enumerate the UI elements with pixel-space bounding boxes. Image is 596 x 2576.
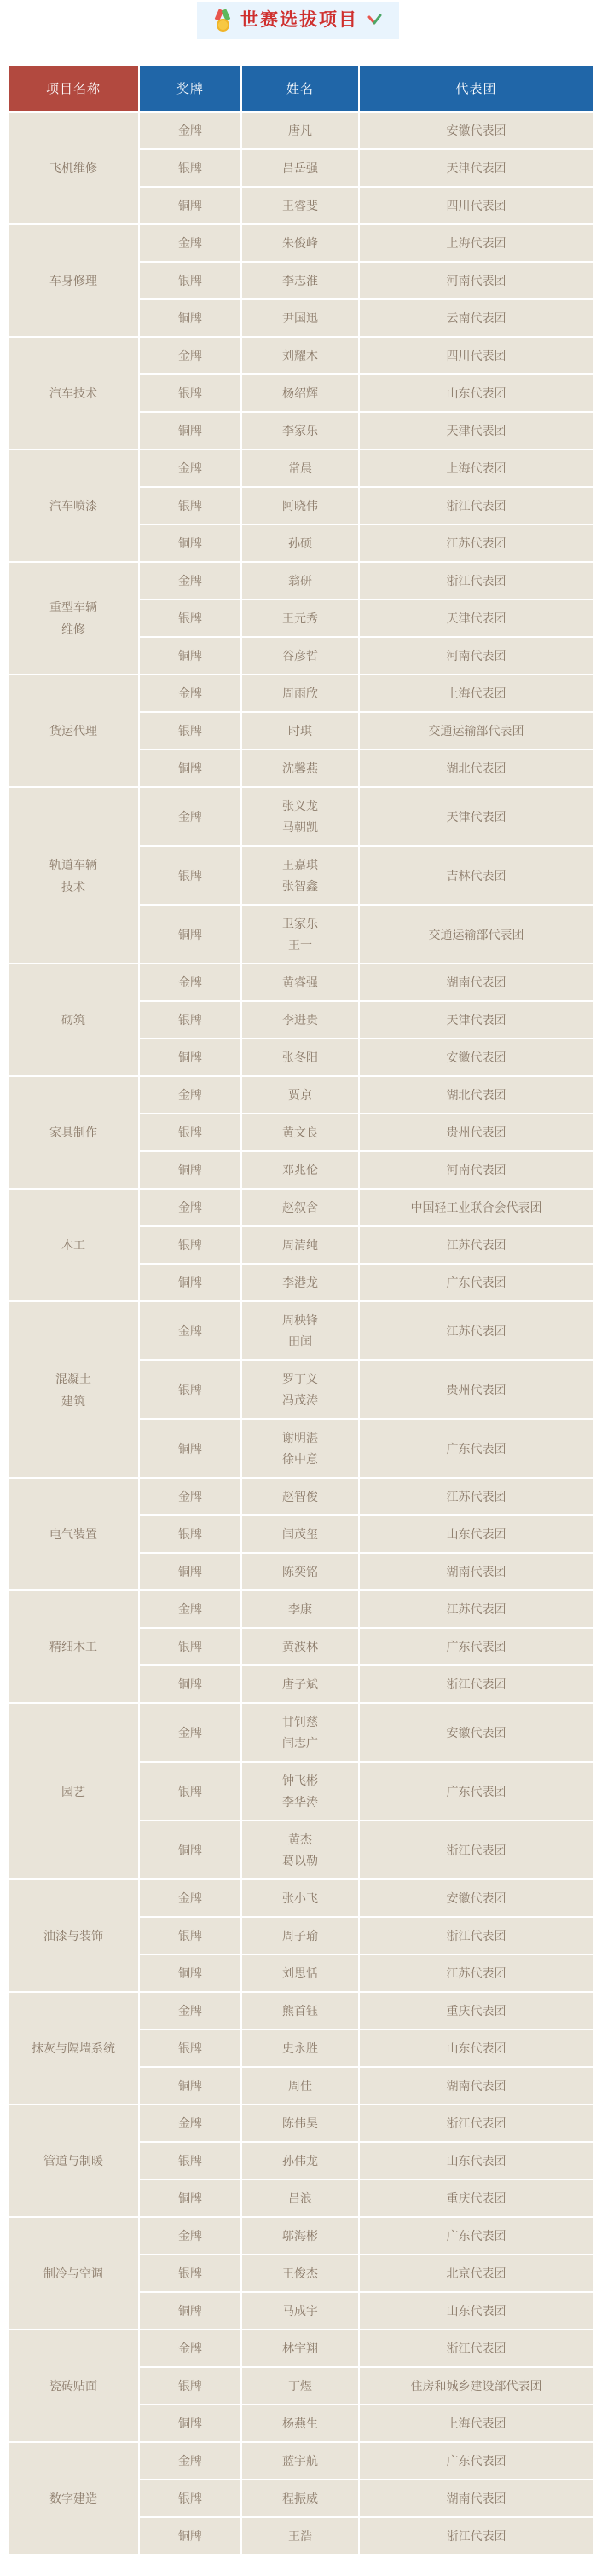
- name-cell: 赵叙含: [242, 1190, 358, 1225]
- medal-cell: 铜牌: [140, 2518, 240, 2554]
- delegation-cell: 湖南代表团: [360, 2480, 593, 2516]
- project-name-cell: 汽车喷漆: [9, 450, 138, 561]
- project-name-cell: 车身修理: [9, 225, 138, 336]
- delegation-cell: 山东代表团: [360, 375, 593, 411]
- name-cell: 黄波林: [242, 1629, 358, 1664]
- name-cell: 李港龙: [242, 1265, 358, 1300]
- table-row: 车身修理金牌朱俊峰上海代表团: [9, 225, 593, 261]
- delegation-cell: 安徽代表团: [360, 1704, 593, 1761]
- medal-cell: 铜牌: [140, 2068, 240, 2104]
- project-name-cell: 重型车辆维修: [9, 563, 138, 674]
- medal-cell: 铜牌: [140, 1039, 240, 1075]
- medal-cell: 银牌: [140, 263, 240, 298]
- col-header-delegation: 代表团: [360, 66, 593, 111]
- table-row: 汽车喷漆金牌常晨上海代表团: [9, 450, 593, 486]
- medal-cell: 银牌: [140, 375, 240, 411]
- delegation-cell: 贵州代表团: [360, 1361, 593, 1418]
- name-cell: 常晨: [242, 450, 358, 486]
- table-row: 轨道车辆技术金牌张义龙马朝凯天津代表团: [9, 788, 593, 845]
- delegation-cell: 浙江代表团: [360, 1918, 593, 1954]
- name-cell: 程振威: [242, 2480, 358, 2516]
- delegation-cell: 浙江代表团: [360, 2330, 593, 2366]
- delegation-cell: 江苏代表团: [360, 1591, 593, 1627]
- table-row: 砌筑金牌黄睿强湖南代表团: [9, 964, 593, 1000]
- delegation-cell: 上海代表团: [360, 675, 593, 711]
- project-name-cell: 园艺: [9, 1704, 138, 1878]
- medal-cell: 银牌: [140, 1361, 240, 1418]
- name-cell: 尹国迅: [242, 300, 358, 336]
- delegation-cell: 交通运输部代表团: [360, 906, 593, 963]
- medal-cell: 铜牌: [140, 413, 240, 449]
- medal-cell: 铜牌: [140, 2293, 240, 2329]
- name-cell: 罗丁义冯茂涛: [242, 1361, 358, 1418]
- name-cell: 唐子斌: [242, 1666, 358, 1702]
- delegation-cell: 江苏代表团: [360, 1479, 593, 1514]
- medal-cell: 铜牌: [140, 906, 240, 963]
- delegation-cell: 浙江代表团: [360, 1821, 593, 1878]
- name-cell: 吕岳强: [242, 150, 358, 186]
- delegation-cell: 中国轻工业联合会代表团: [360, 1190, 593, 1225]
- medal-icon: [214, 9, 231, 32]
- name-cell: 贾京: [242, 1077, 358, 1113]
- name-cell: 甘钊慈闫志广: [242, 1704, 358, 1761]
- medal-cell: 银牌: [140, 2143, 240, 2179]
- delegation-cell: 安徽代表团: [360, 1880, 593, 1916]
- delegation-cell: 浙江代表团: [360, 2105, 593, 2141]
- delegation-cell: 安徽代表团: [360, 113, 593, 148]
- delegation-cell: 浙江代表团: [360, 488, 593, 524]
- name-cell: 林宇翔: [242, 2330, 358, 2366]
- delegation-cell: 广东代表团: [360, 1629, 593, 1664]
- project-name-cell: 砌筑: [9, 964, 138, 1075]
- name-cell: 周佳: [242, 2068, 358, 2104]
- delegation-cell: 浙江代表团: [360, 2518, 593, 2554]
- delegation-cell: 湖北代表团: [360, 750, 593, 786]
- medal-cell: 金牌: [140, 1077, 240, 1113]
- name-cell: 时琪: [242, 713, 358, 749]
- table-row: 园艺金牌甘钊慈闫志广安徽代表团: [9, 1704, 593, 1761]
- name-cell: 杨燕生: [242, 2405, 358, 2441]
- delegation-cell: 住房和城乡建设部代表团: [360, 2368, 593, 2404]
- medal-cell: 金牌: [140, 675, 240, 711]
- name-cell: 史永胜: [242, 2030, 358, 2066]
- medal-cell: 银牌: [140, 1227, 240, 1263]
- medal-cell: 银牌: [140, 847, 240, 904]
- project-name-cell: 混凝土建筑: [9, 1302, 138, 1477]
- name-cell: 刘思恬: [242, 1955, 358, 1991]
- col-header-name: 姓名: [242, 66, 358, 111]
- medal-cell: 银牌: [140, 600, 240, 636]
- delegation-cell: 上海代表团: [360, 225, 593, 261]
- delegation-cell: 上海代表团: [360, 2405, 593, 2441]
- medal-cell: 银牌: [140, 150, 240, 186]
- table-row: 家具制作金牌贾京湖北代表团: [9, 1077, 593, 1113]
- section-title: 世赛选拔项目: [240, 9, 358, 32]
- medal-cell: 金牌: [140, 563, 240, 599]
- medal-cell: 金牌: [140, 225, 240, 261]
- table-row: 货运代理金牌周雨欣上海代表团: [9, 675, 593, 711]
- name-cell: 张冬阳: [242, 1039, 358, 1075]
- table-header-row: 项目名称 奖牌 姓名 代表团: [9, 66, 593, 111]
- project-name-cell: 货运代理: [9, 675, 138, 786]
- chevron-down-icon[interactable]: [367, 14, 382, 30]
- medal-cell: 金牌: [140, 1302, 240, 1359]
- results-table: 项目名称 奖牌 姓名 代表团 飞机维修金牌唐凡安徽代表团银牌吕岳强天津代表团铜牌…: [7, 64, 594, 2556]
- medal-cell: 铜牌: [140, 1265, 240, 1300]
- delegation-cell: 山东代表团: [360, 1516, 593, 1552]
- delegation-cell: 重庆代表团: [360, 2180, 593, 2216]
- delegation-cell: 广东代表团: [360, 1265, 593, 1300]
- medal-cell: 铜牌: [140, 1821, 240, 1878]
- medal-cell: 金牌: [140, 338, 240, 373]
- page: 世赛选拔项目 项目名称 奖牌 姓名 代表团 飞机维修金牌唐凡安徽代表团银牌吕岳强…: [0, 2, 596, 2556]
- name-cell: 翁研: [242, 563, 358, 599]
- col-header-medal: 奖牌: [140, 66, 240, 111]
- delegation-cell: 河南代表团: [360, 1152, 593, 1188]
- medal-cell: 金牌: [140, 2218, 240, 2254]
- delegation-cell: 山东代表团: [360, 2143, 593, 2179]
- table-row: 数字建造金牌蓝宇航广东代表团: [9, 2443, 593, 2479]
- medal-cell: 铜牌: [140, 188, 240, 223]
- name-cell: 闫茂玺: [242, 1516, 358, 1552]
- table-body: 飞机维修金牌唐凡安徽代表团银牌吕岳强天津代表团铜牌王睿斐四川代表团车身修理金牌朱…: [9, 113, 593, 2554]
- name-cell: 陈奕铭: [242, 1554, 358, 1589]
- table-row: 飞机维修金牌唐凡安徽代表团: [9, 113, 593, 148]
- medal-cell: 铜牌: [140, 2180, 240, 2216]
- delegation-cell: 重庆代表团: [360, 1993, 593, 2029]
- name-cell: 王睿斐: [242, 188, 358, 223]
- table-row: 油漆与装饰金牌张小飞安徽代表团: [9, 1880, 593, 1916]
- project-name-cell: 制冷与空调: [9, 2218, 138, 2329]
- name-cell: 唐凡: [242, 113, 358, 148]
- medal-cell: 金牌: [140, 2105, 240, 2141]
- name-cell: 阿晓伟: [242, 488, 358, 524]
- medal-cell: 银牌: [140, 1516, 240, 1552]
- name-cell: 张小飞: [242, 1880, 358, 1916]
- name-cell: 丁煜: [242, 2368, 358, 2404]
- delegation-cell: 广东代表团: [360, 1763, 593, 1820]
- name-cell: 李志淮: [242, 263, 358, 298]
- delegation-cell: 河南代表团: [360, 263, 593, 298]
- delegation-cell: 交通运输部代表团: [360, 713, 593, 749]
- name-cell: 李进贵: [242, 1002, 358, 1038]
- name-cell: 沈馨燕: [242, 750, 358, 786]
- medal-cell: 铜牌: [140, 638, 240, 674]
- medal-cell: 铜牌: [140, 300, 240, 336]
- medal-cell: 银牌: [140, 1002, 240, 1038]
- medal-cell: 铜牌: [140, 1420, 240, 1477]
- name-cell: 赵智俊: [242, 1479, 358, 1514]
- delegation-cell: 安徽代表团: [360, 1039, 593, 1075]
- project-name-cell: 木工: [9, 1190, 138, 1300]
- name-cell: 周秧锋田闰: [242, 1302, 358, 1359]
- medal-cell: 铜牌: [140, 2405, 240, 2441]
- name-cell: 周子瑜: [242, 1918, 358, 1954]
- name-cell: 熊首钰: [242, 1993, 358, 2029]
- medal-cell: 金牌: [140, 2443, 240, 2479]
- delegation-cell: 四川代表团: [360, 338, 593, 373]
- medal-cell: 银牌: [140, 2255, 240, 2291]
- project-name-cell: 精细木工: [9, 1591, 138, 1702]
- name-cell: 谢明湛徐中意: [242, 1420, 358, 1477]
- delegation-cell: 贵州代表团: [360, 1114, 593, 1150]
- project-name-cell: 瓷砖贴面: [9, 2330, 138, 2441]
- name-cell: 吕浪: [242, 2180, 358, 2216]
- delegation-cell: 湖南代表团: [360, 964, 593, 1000]
- name-cell: 陈伟昊: [242, 2105, 358, 2141]
- medal-cell: 金牌: [140, 2330, 240, 2366]
- project-name-cell: 家具制作: [9, 1077, 138, 1188]
- project-name-cell: 电气装置: [9, 1479, 138, 1589]
- table-row: 瓷砖贴面金牌林宇翔浙江代表团: [9, 2330, 593, 2366]
- medal-cell: 铜牌: [140, 1955, 240, 1991]
- delegation-cell: 湖南代表团: [360, 2068, 593, 2104]
- name-cell: 周清纯: [242, 1227, 358, 1263]
- name-cell: 孙伟龙: [242, 2143, 358, 2179]
- medal-cell: 铜牌: [140, 525, 240, 561]
- medal-cell: 金牌: [140, 450, 240, 486]
- name-cell: 钟飞彬李华涛: [242, 1763, 358, 1820]
- delegation-cell: 北京代表团: [360, 2255, 593, 2291]
- project-name-cell: 飞机维修: [9, 113, 138, 223]
- medal-cell: 铜牌: [140, 1152, 240, 1188]
- delegation-cell: 河南代表团: [360, 638, 593, 674]
- name-cell: 蓝宇航: [242, 2443, 358, 2479]
- delegation-cell: 广东代表团: [360, 2443, 593, 2479]
- name-cell: 黄杰葛以勒: [242, 1821, 358, 1878]
- name-cell: 杨绍辉: [242, 375, 358, 411]
- delegation-cell: 吉林代表团: [360, 847, 593, 904]
- medal-cell: 金牌: [140, 1591, 240, 1627]
- name-cell: 王俊杰: [242, 2255, 358, 2291]
- medal-cell: 银牌: [140, 1918, 240, 1954]
- table-row: 管道与制暖金牌陈伟昊浙江代表团: [9, 2105, 593, 2141]
- medal-cell: 铜牌: [140, 1666, 240, 1702]
- name-cell: 邬海彬: [242, 2218, 358, 2254]
- delegation-cell: 上海代表团: [360, 450, 593, 486]
- medal-cell: 银牌: [140, 713, 240, 749]
- delegation-cell: 天津代表团: [360, 1002, 593, 1038]
- name-cell: 黄文良: [242, 1114, 358, 1150]
- delegation-cell: 浙江代表团: [360, 1666, 593, 1702]
- medal-cell: 铜牌: [140, 750, 240, 786]
- medal-cell: 金牌: [140, 1190, 240, 1225]
- delegation-cell: 湖北代表团: [360, 1077, 593, 1113]
- project-name-cell: 管道与制暖: [9, 2105, 138, 2216]
- delegation-cell: 江苏代表团: [360, 1302, 593, 1359]
- table-row: 木工金牌赵叙含中国轻工业联合会代表团: [9, 1190, 593, 1225]
- delegation-cell: 云南代表团: [360, 300, 593, 336]
- name-cell: 李康: [242, 1591, 358, 1627]
- medal-cell: 金牌: [140, 1993, 240, 2029]
- medal-cell: 铜牌: [140, 1554, 240, 1589]
- delegation-cell: 浙江代表团: [360, 563, 593, 599]
- medal-cell: 银牌: [140, 1629, 240, 1664]
- name-cell: 周雨欣: [242, 675, 358, 711]
- medal-cell: 金牌: [140, 788, 240, 845]
- name-cell: 王浩: [242, 2518, 358, 2554]
- delegation-cell: 江苏代表团: [360, 525, 593, 561]
- table-row: 电气装置金牌赵智俊江苏代表团: [9, 1479, 593, 1514]
- medal-cell: 银牌: [140, 488, 240, 524]
- name-cell: 刘耀木: [242, 338, 358, 373]
- delegation-cell: 天津代表团: [360, 600, 593, 636]
- delegation-cell: 山东代表团: [360, 2293, 593, 2329]
- delegation-cell: 山东代表团: [360, 2030, 593, 2066]
- delegation-cell: 天津代表团: [360, 413, 593, 449]
- medal-cell: 银牌: [140, 2368, 240, 2404]
- col-header-project-name: 项目名称: [9, 66, 138, 111]
- medal-cell: 银牌: [140, 2030, 240, 2066]
- medal-cell: 金牌: [140, 1704, 240, 1761]
- medal-cell: 银牌: [140, 1114, 240, 1150]
- table-row: 制冷与空调金牌邬海彬广东代表团: [9, 2218, 593, 2254]
- section-title-dropdown[interactable]: 世赛选拔项目: [197, 2, 399, 39]
- table-row: 汽车技术金牌刘耀木四川代表团: [9, 338, 593, 373]
- name-cell: 谷彦哲: [242, 638, 358, 674]
- delegation-cell: 广东代表团: [360, 1420, 593, 1477]
- name-cell: 王嘉琪张智鑫: [242, 847, 358, 904]
- delegation-cell: 四川代表团: [360, 188, 593, 223]
- delegation-cell: 江苏代表团: [360, 1227, 593, 1263]
- medal-cell: 金牌: [140, 113, 240, 148]
- delegation-cell: 天津代表团: [360, 788, 593, 845]
- name-cell: 王元秀: [242, 600, 358, 636]
- name-cell: 张义龙马朝凯: [242, 788, 358, 845]
- project-name-cell: 数字建造: [9, 2443, 138, 2554]
- table-row: 抹灰与隔墙系统金牌熊首钰重庆代表团: [9, 1993, 593, 2029]
- name-cell: 邓兆伦: [242, 1152, 358, 1188]
- name-cell: 孙硕: [242, 525, 358, 561]
- medal-cell: 银牌: [140, 2480, 240, 2516]
- delegation-cell: 江苏代表团: [360, 1955, 593, 1991]
- project-name-cell: 油漆与装饰: [9, 1880, 138, 1991]
- medal-cell: 金牌: [140, 964, 240, 1000]
- table-row: 混凝土建筑金牌周秧锋田闰江苏代表团: [9, 1302, 593, 1359]
- medal-cell: 金牌: [140, 1880, 240, 1916]
- medal-cell: 银牌: [140, 1763, 240, 1820]
- name-cell: 李家乐: [242, 413, 358, 449]
- project-name-cell: 轨道车辆技术: [9, 788, 138, 963]
- medal-cell: 金牌: [140, 1479, 240, 1514]
- table-row: 重型车辆维修金牌翁研浙江代表团: [9, 563, 593, 599]
- delegation-cell: 天津代表团: [360, 150, 593, 186]
- delegation-cell: 湖南代表团: [360, 1554, 593, 1589]
- project-name-cell: 抹灰与隔墙系统: [9, 1993, 138, 2104]
- delegation-cell: 广东代表团: [360, 2218, 593, 2254]
- project-name-cell: 汽车技术: [9, 338, 138, 449]
- name-cell: 朱俊峰: [242, 225, 358, 261]
- table-row: 精细木工金牌李康江苏代表团: [9, 1591, 593, 1627]
- name-cell: 卫家乐王一: [242, 906, 358, 963]
- name-cell: 黄睿强: [242, 964, 358, 1000]
- name-cell: 马成宇: [242, 2293, 358, 2329]
